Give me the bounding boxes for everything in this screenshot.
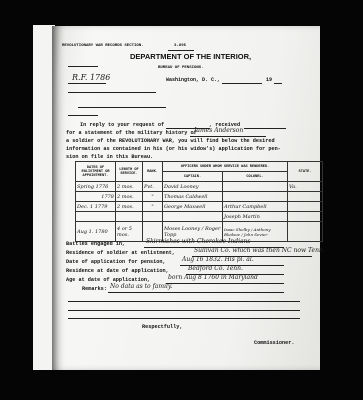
- cell-state: [288, 202, 323, 212]
- address-line-3: [68, 115, 98, 116]
- cell-rank: [143, 212, 163, 222]
- remarks-label: Remarks:: [82, 286, 107, 292]
- file-underline: [68, 83, 106, 84]
- col-length: LENGTH OF SERVICE.: [116, 162, 143, 182]
- age-underline: [166, 283, 284, 284]
- cell-date: Spring 1776: [76, 182, 116, 192]
- residence-enlist-value: Sullivan Co. which was then NC now Tenn.: [194, 247, 325, 254]
- cell-length: 4 or 5 mos.: [116, 222, 143, 242]
- date-application-value: Aug 16 1832. His pl. al.: [182, 256, 254, 263]
- form-number: 3-895: [174, 44, 186, 48]
- cell-length: 2 mos.: [116, 192, 143, 202]
- cell-date: Aug 1. 1780: [76, 222, 116, 242]
- letter-line-4: information as contained in his (or his …: [66, 146, 281, 152]
- cell-date: [76, 212, 116, 222]
- form-underline: [168, 50, 194, 51]
- cell-rank: Pvt.: [143, 182, 163, 192]
- cell-colonel: [223, 182, 288, 192]
- service-table: DATES OF ENLISTMENT OR APPOINTMENT. LENG…: [75, 161, 323, 242]
- table-row: Dec. 1 1779 2 mos. " George Maxwell Arth…: [76, 202, 323, 212]
- remarks-value: No data as to family.: [110, 283, 172, 290]
- date-blank: [222, 83, 262, 84]
- file-number: R.F. 1786: [72, 73, 110, 82]
- soldier-name-underline: [190, 136, 266, 137]
- residence-enlist-label: Residence of soldier at enlistment,: [66, 250, 175, 256]
- year-prefix: 19: [266, 77, 272, 83]
- battles-label: Battles engaged in,: [66, 241, 125, 247]
- col-state: STATE.: [288, 162, 323, 182]
- cell-date: Dec. 1 1779: [76, 202, 116, 212]
- cell-captain: [163, 212, 223, 222]
- soldier-name: James Anderson: [194, 127, 243, 134]
- table-row: Joseph Martin: [76, 212, 323, 222]
- cell-colonel: Arthur Campbell: [223, 202, 288, 212]
- letter-line-3: a soldier of the REVOLUTIONARY WAR, you …: [66, 138, 275, 144]
- cell-colonel: [223, 192, 288, 202]
- remarks-underline: [108, 292, 284, 293]
- col-colonel: COLONEL.: [223, 172, 288, 182]
- date-application-label: Date of application for pension,: [66, 259, 166, 265]
- pension-record-page: REVOLUTIONARY WAR RECORDS SECTION. 3-895…: [52, 26, 320, 370]
- cell-rank: ": [143, 202, 163, 212]
- col-rank: RANK.: [143, 162, 163, 182]
- col-dates: DATES OF ENLISTMENT OR APPOINTMENT.: [76, 162, 116, 182]
- cell-length: 2 mos.: [116, 202, 143, 212]
- signature-title: Commissioner.: [254, 340, 294, 346]
- cell-date: 1778: [76, 192, 116, 202]
- cell-captain: Thomas Caldwell: [163, 192, 223, 202]
- table-row: 1778 2 mos. " Thomas Caldwell: [76, 192, 323, 202]
- department-title: DEPARTMENT OF THE INTERIOR,: [130, 52, 251, 61]
- cell-length: [116, 212, 143, 222]
- letter-line-2: for a statement of the military history …: [66, 130, 197, 136]
- closing-text: Respectfully,: [142, 324, 182, 330]
- address-line-2: [78, 107, 166, 108]
- age-value: born Aug 8 1760 in Maryland: [168, 274, 258, 281]
- col-officers: OFFICERS UNDER WHOM SERVICE WAS RENDERED…: [163, 162, 288, 172]
- cell-captain: David Looney: [163, 182, 223, 192]
- cell-state: [288, 222, 323, 242]
- received-date-blank: [244, 128, 286, 129]
- cell-colonel: Joseph Martin: [223, 212, 288, 222]
- cell-rank: ": [143, 192, 163, 202]
- letter-line-1a: In reply to your request of: [80, 122, 164, 128]
- cell-state: [288, 192, 323, 202]
- year-blank: [274, 83, 282, 84]
- table-row: Spring 1776 2 mos. Pvt. David Looney Va.: [76, 182, 323, 192]
- cell-state: Va.: [288, 182, 323, 192]
- cell-captain: George Maxwell: [163, 202, 223, 212]
- remarks-line-2: [68, 301, 300, 302]
- cell-length: 2 mos.: [116, 182, 143, 192]
- letter-line-5: sion on file in this Bureau.: [66, 154, 153, 160]
- battles-value: Skirmishes with Cherokee Indians: [146, 238, 251, 245]
- address-line-1: [68, 92, 156, 93]
- blank-line: [68, 66, 98, 67]
- cell-state: [288, 212, 323, 222]
- section-label: REVOLUTIONARY WAR RECORDS SECTION.: [62, 44, 144, 48]
- remarks-line-3: [68, 310, 300, 311]
- residence-application-value: Bedford Co. Tenn.: [188, 265, 243, 272]
- place-label: Washington, D. C.,: [166, 77, 220, 83]
- table-header-row: DATES OF ENLISTMENT OR APPOINTMENT. LENG…: [76, 162, 323, 172]
- residence-application-label: Residence at date of application,: [66, 268, 169, 274]
- remarks-line-4: [68, 318, 300, 319]
- bureau-title: BUREAU OF PENSIONS.: [158, 66, 204, 70]
- col-captain: CAPTAIN.: [163, 172, 223, 182]
